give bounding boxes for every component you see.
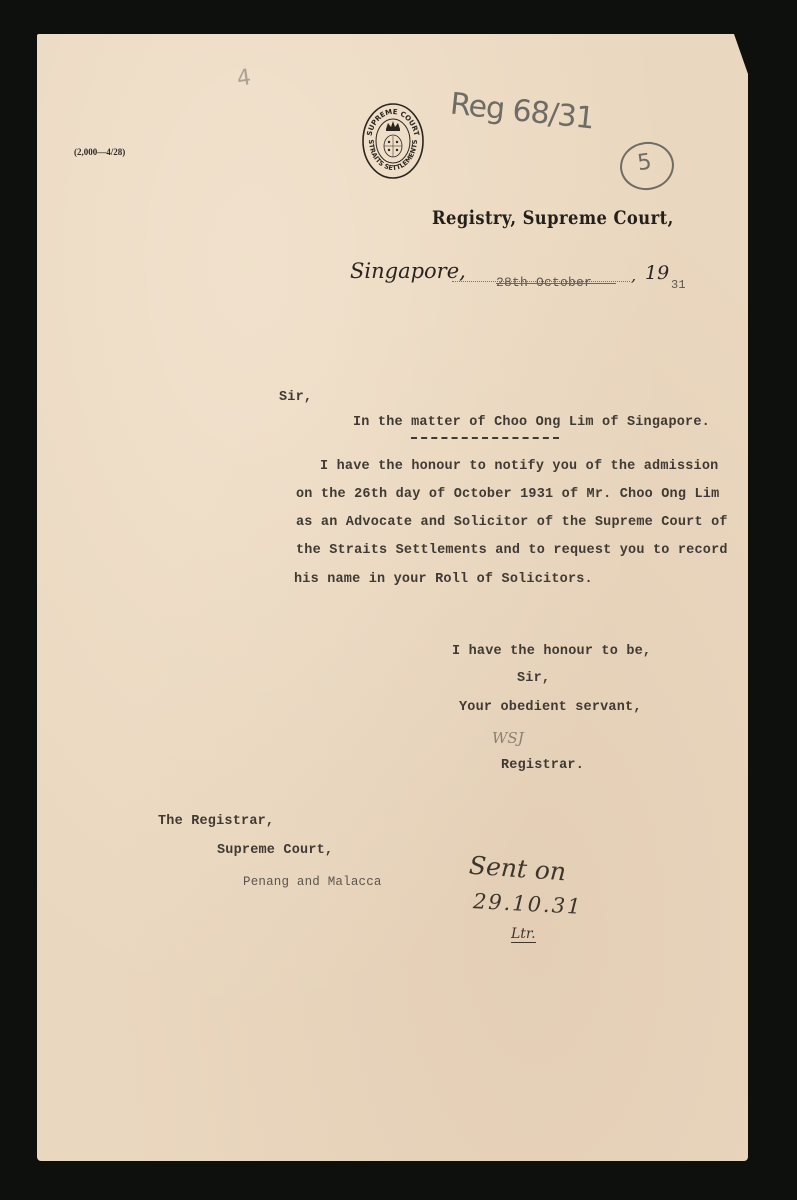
body-line-3: as an Advocate and Solicitor of the Supr… <box>296 515 728 530</box>
print-code: (2,000—4/28) <box>74 147 125 157</box>
body-line-4: the Straits Settlements and to request y… <box>296 543 728 558</box>
document-page: 4 (2,000—4/28) SUPREME COURT STRAITS SET… <box>37 34 748 1161</box>
dateline-year-suffix: 31 <box>671 278 686 292</box>
addressee-line-3: Penang and Malacca <box>243 875 382 889</box>
closing-line-3: Your obedient servant, <box>459 700 642 715</box>
pencil-reference-number: Reg 68/31 <box>449 87 596 137</box>
addressee-line-1: The Registrar, <box>158 814 274 829</box>
dateline-comma: , <box>631 266 636 285</box>
signature-initials: WSJ <box>492 729 524 747</box>
handwritten-note-line-2: 29.10.31 <box>472 889 583 919</box>
body-line-1: I have the honour to notify you of the a… <box>320 459 718 474</box>
torn-corner <box>734 34 748 74</box>
body-line-2: on the 26th day of October 1931 of Mr. C… <box>296 487 719 502</box>
closing-line-1: I have the honour to be, <box>452 644 651 659</box>
addressee-line-2: Supreme Court, <box>217 843 333 858</box>
circled-number: 5 <box>636 149 653 176</box>
handwritten-note-line-3: Ltr. <box>511 926 536 943</box>
subject-underline <box>411 437 559 439</box>
salutation: Sir, <box>279 390 312 405</box>
dateline-place: Singapore, <box>350 259 466 283</box>
faint-pencil-mark: 4 <box>235 65 252 92</box>
body-line-5: his name in your Roll of Solicitors. <box>294 572 593 587</box>
dateline-year-prefix: 19 <box>645 262 669 284</box>
supreme-court-seal-icon: SUPREME COURT STRAITS SETTLEMENTS <box>361 102 425 180</box>
letterhead-title: Registry, Supreme Court, <box>432 207 674 229</box>
circled-number-annotation: 5 <box>617 138 677 193</box>
closing-title: Registrar. <box>501 758 584 773</box>
date-strike-line <box>496 283 616 284</box>
closing-line-2: Sir, <box>517 671 550 686</box>
subject-line: In the matter of Choo Ong Lim of Singapo… <box>353 415 710 430</box>
handwritten-note-line-1: Sent on <box>468 851 567 887</box>
